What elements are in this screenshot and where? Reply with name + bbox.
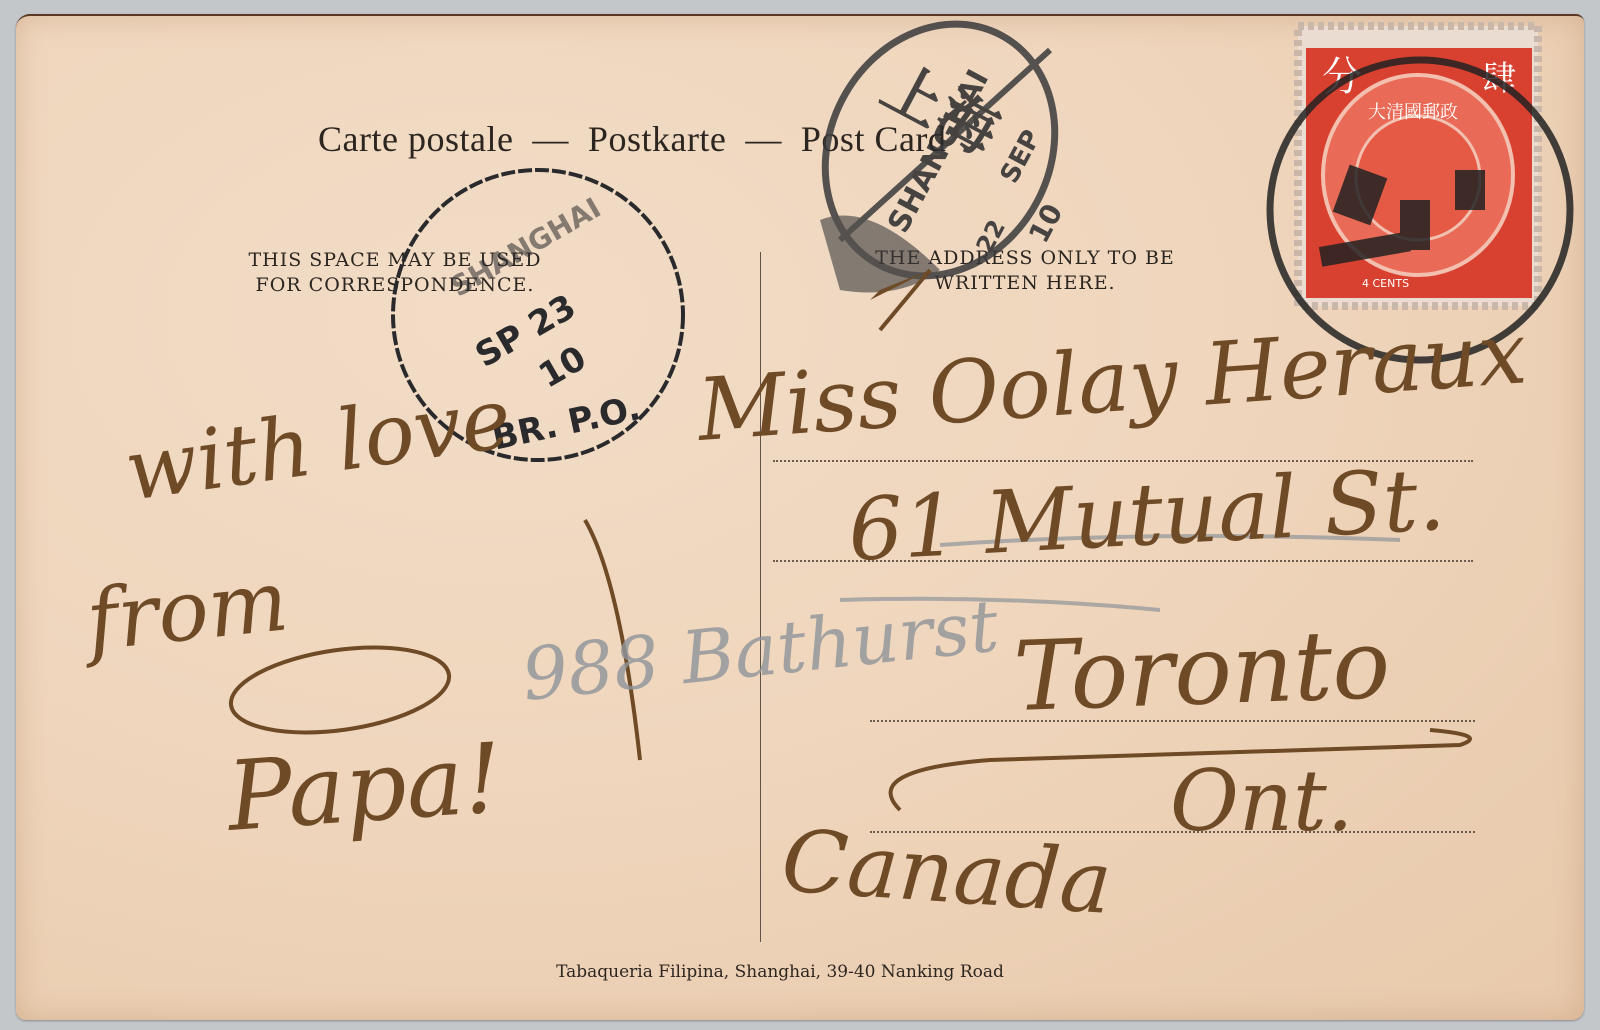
message-line-2: from	[76, 551, 293, 670]
message-line-1: with love	[119, 369, 517, 520]
address-name: Miss Oolay Heraux	[692, 303, 1529, 461]
address-city: Toronto	[1012, 608, 1392, 733]
postmark-year: 10	[1022, 198, 1069, 248]
postmark-top: SHANGHAI	[445, 191, 606, 303]
address-province: Ont.	[1170, 752, 1353, 850]
address-country: Canada	[779, 811, 1115, 934]
stamp-value: 4 CENTS	[1362, 277, 1409, 290]
postmark-year: 10	[532, 338, 593, 396]
postmark-day: 22	[971, 215, 1011, 258]
markings-layer: 上海 SHANGHAI SEP 22 10 SHANGHAI SP 23 10 …	[0, 0, 1600, 1030]
stamp-country-text: 大清國郵政	[1368, 102, 1458, 123]
postmark-month: SEP	[995, 125, 1048, 188]
message-line-3: Papa!	[222, 722, 506, 853]
address-street: 61 Mutual St.	[846, 450, 1448, 581]
pencil-note: 988 Bathurst	[518, 583, 1003, 717]
chinese-postmark: 上海 SHANGHAI SEP 22 10	[782, 0, 1098, 316]
